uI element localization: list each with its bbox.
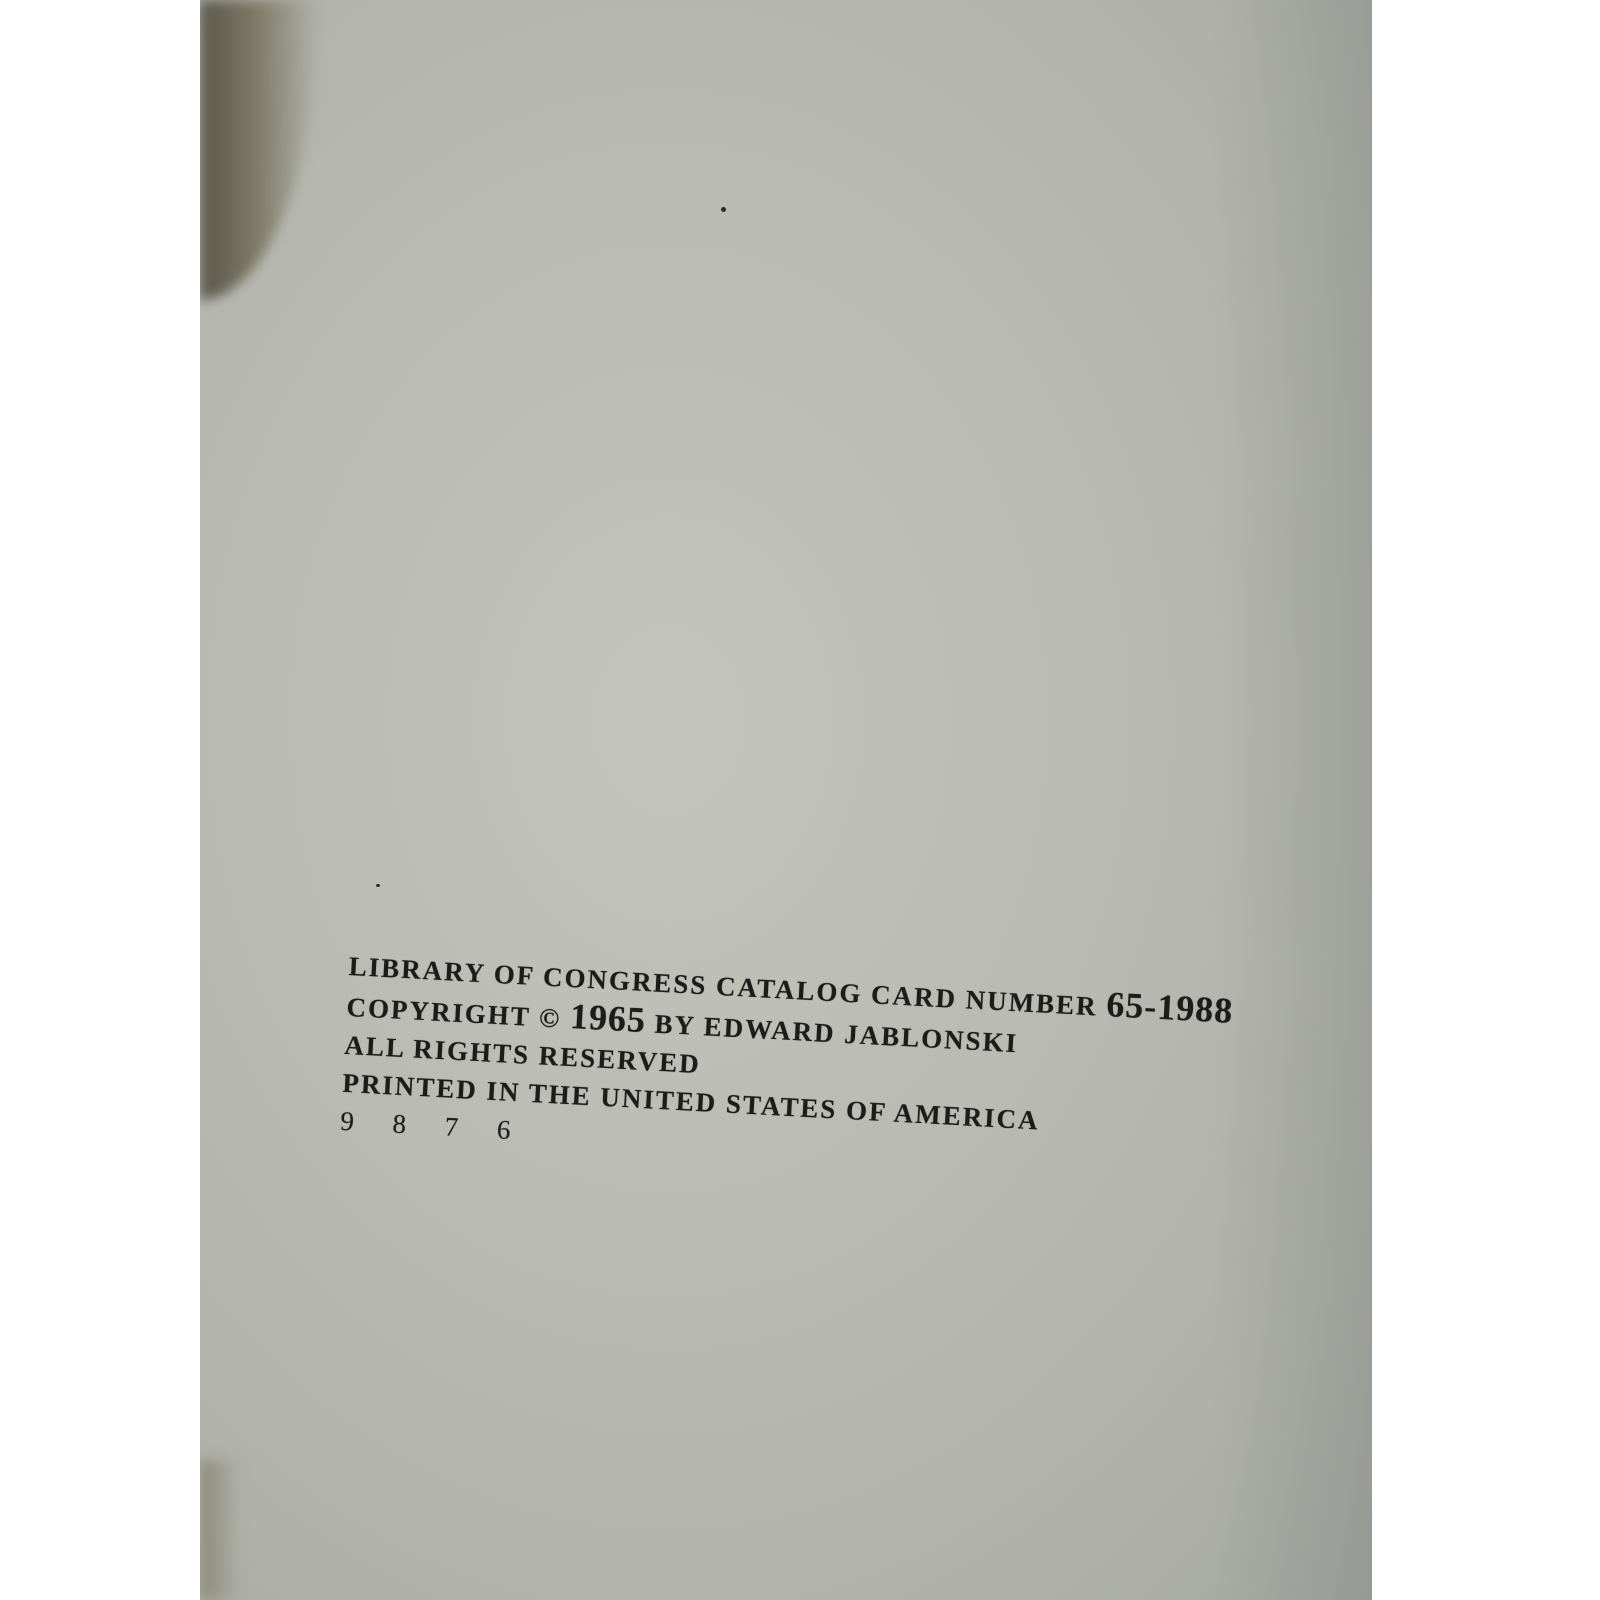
copyright-imprint: LIBRARY OF CONGRESS CATALOG CARD NUMBER … (339, 944, 1234, 1188)
copyright-year: 1965 (569, 996, 647, 1040)
page-shade-right (1212, 0, 1372, 1600)
page-edge-shadow-bottom (200, 1460, 240, 1600)
page-edge-shadow (200, 0, 320, 300)
ink-speck (376, 884, 380, 887)
ink-speck (721, 207, 726, 212)
book-page-photo: LIBRARY OF CONGRESS CATALOG CARD NUMBER … (200, 0, 1372, 1600)
catalog-card-number: 65-1988 (1105, 984, 1234, 1031)
